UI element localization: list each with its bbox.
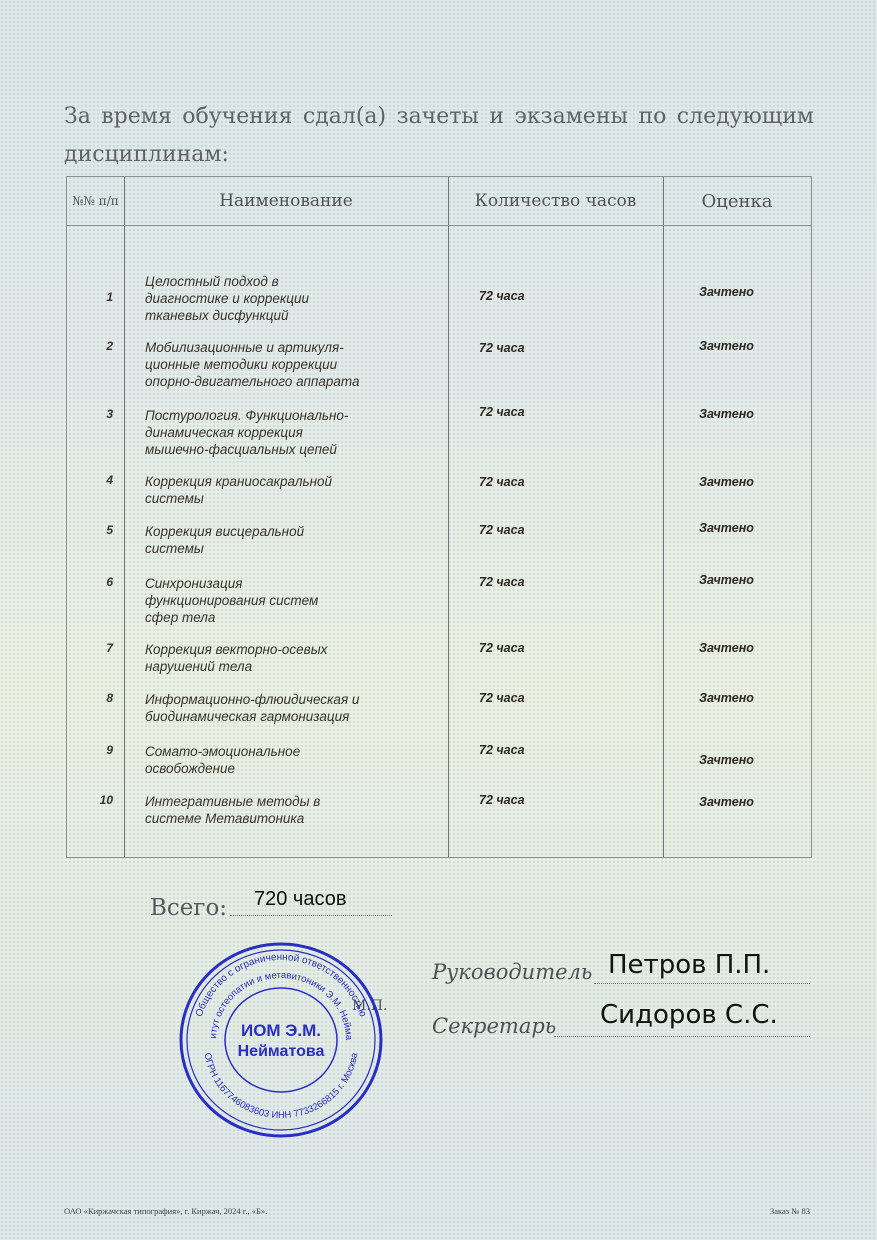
row-grade: Зачтено (699, 753, 754, 767)
order-number: Заказ № 83 (770, 1206, 810, 1216)
row-discipline-name: Интегративные методы всистеме Метавитони… (145, 793, 425, 827)
row-hours: 72 часа (479, 793, 525, 807)
header-divider (67, 225, 811, 226)
header-number: №№ п/п (67, 177, 124, 225)
secretary-signature-line (554, 1036, 810, 1037)
column-divider (448, 177, 449, 857)
row-discipline-name: Сомато-эмоциональноеосвобождение (145, 743, 425, 777)
total-value: 720 часов (254, 888, 346, 911)
row-hours: 72 часа (479, 575, 525, 589)
header-grade: Оценка (663, 177, 811, 225)
row-grade: Зачтено (699, 475, 754, 489)
disciplines-table: №№ п/п Наименование Количество часов Оце… (66, 176, 812, 858)
row-hours: 72 часа (479, 523, 525, 537)
secretary-name: Сидоров С.С. (600, 1000, 778, 1030)
head-signature-line (594, 983, 810, 984)
row-grade: Зачтено (699, 573, 754, 587)
row-grade: Зачтено (699, 521, 754, 535)
row-discipline-name: Информационно-флюидическая ибиодинамичес… (145, 691, 425, 725)
row-number: 6 (73, 575, 113, 589)
row-discipline-name: Коррекция краниосакральнойсистемы (145, 473, 425, 507)
row-hours: 72 часа (479, 341, 525, 355)
printer-info: ОАО «Киржачская типография», г. Киржач, … (64, 1206, 267, 1216)
svg-text:ИОМ Э.М.: ИОМ Э.М. (241, 1021, 321, 1040)
row-hours: 72 часа (479, 641, 525, 655)
total-underline (230, 915, 392, 916)
row-grade: Зачтено (699, 285, 754, 299)
column-divider (124, 177, 125, 857)
row-discipline-name: Синхронизацияфункционирования системсфер… (145, 575, 425, 626)
head-label: Руководитель (432, 960, 592, 984)
secretary-label: Секретарь (432, 1014, 556, 1038)
row-discipline-name: Мобилизационные и артикуля-ционные метод… (145, 339, 425, 390)
row-grade: Зачтено (699, 691, 754, 705)
row-grade: Зачтено (699, 641, 754, 655)
row-hours: 72 часа (479, 743, 525, 757)
row-number: 3 (73, 407, 113, 421)
row-grade: Зачтено (699, 407, 754, 421)
row-number: 8 (73, 691, 113, 705)
page-heading: За время обучения сдал(а) зачеты и экзам… (64, 98, 814, 174)
header-name: Наименование (124, 177, 448, 225)
row-hours: 72 часа (479, 405, 525, 419)
row-hours: 72 часа (479, 289, 525, 303)
row-number: 7 (73, 641, 113, 655)
row-discipline-name: Постурология. Функционально-динамическая… (145, 407, 425, 458)
row-number: 2 (73, 339, 113, 353)
header-hours: Количество часов (448, 177, 663, 225)
row-grade: Зачтено (699, 339, 754, 353)
row-grade: Зачтено (699, 795, 754, 809)
row-discipline-name: Целостный подход вдиагностике и коррекци… (145, 273, 425, 324)
row-hours: 72 часа (479, 691, 525, 705)
row-number: 4 (73, 473, 113, 487)
head-name: Петров П.П. (608, 950, 770, 980)
total-label: Всего: (150, 895, 227, 921)
svg-text:ОГРН 1167746083603 ИНН 7733266: ОГРН 1167746083603 ИНН 7733266815 г. Мос… (202, 1051, 361, 1121)
row-number: 5 (73, 523, 113, 537)
row-hours: 72 часа (479, 475, 525, 489)
svg-text:Нейматова: Нейматова (238, 1043, 325, 1060)
row-number: 10 (73, 793, 113, 807)
row-discipline-name: Коррекция векторно-осевыхнарушений тела (145, 641, 425, 675)
row-number: 9 (73, 743, 113, 757)
company-seal-icon: Общество с ограниченной ответственностью… (176, 940, 386, 1140)
row-discipline-name: Коррекция висцеральнойсистемы (145, 523, 425, 557)
row-number: 1 (73, 290, 113, 304)
column-divider (663, 177, 664, 857)
